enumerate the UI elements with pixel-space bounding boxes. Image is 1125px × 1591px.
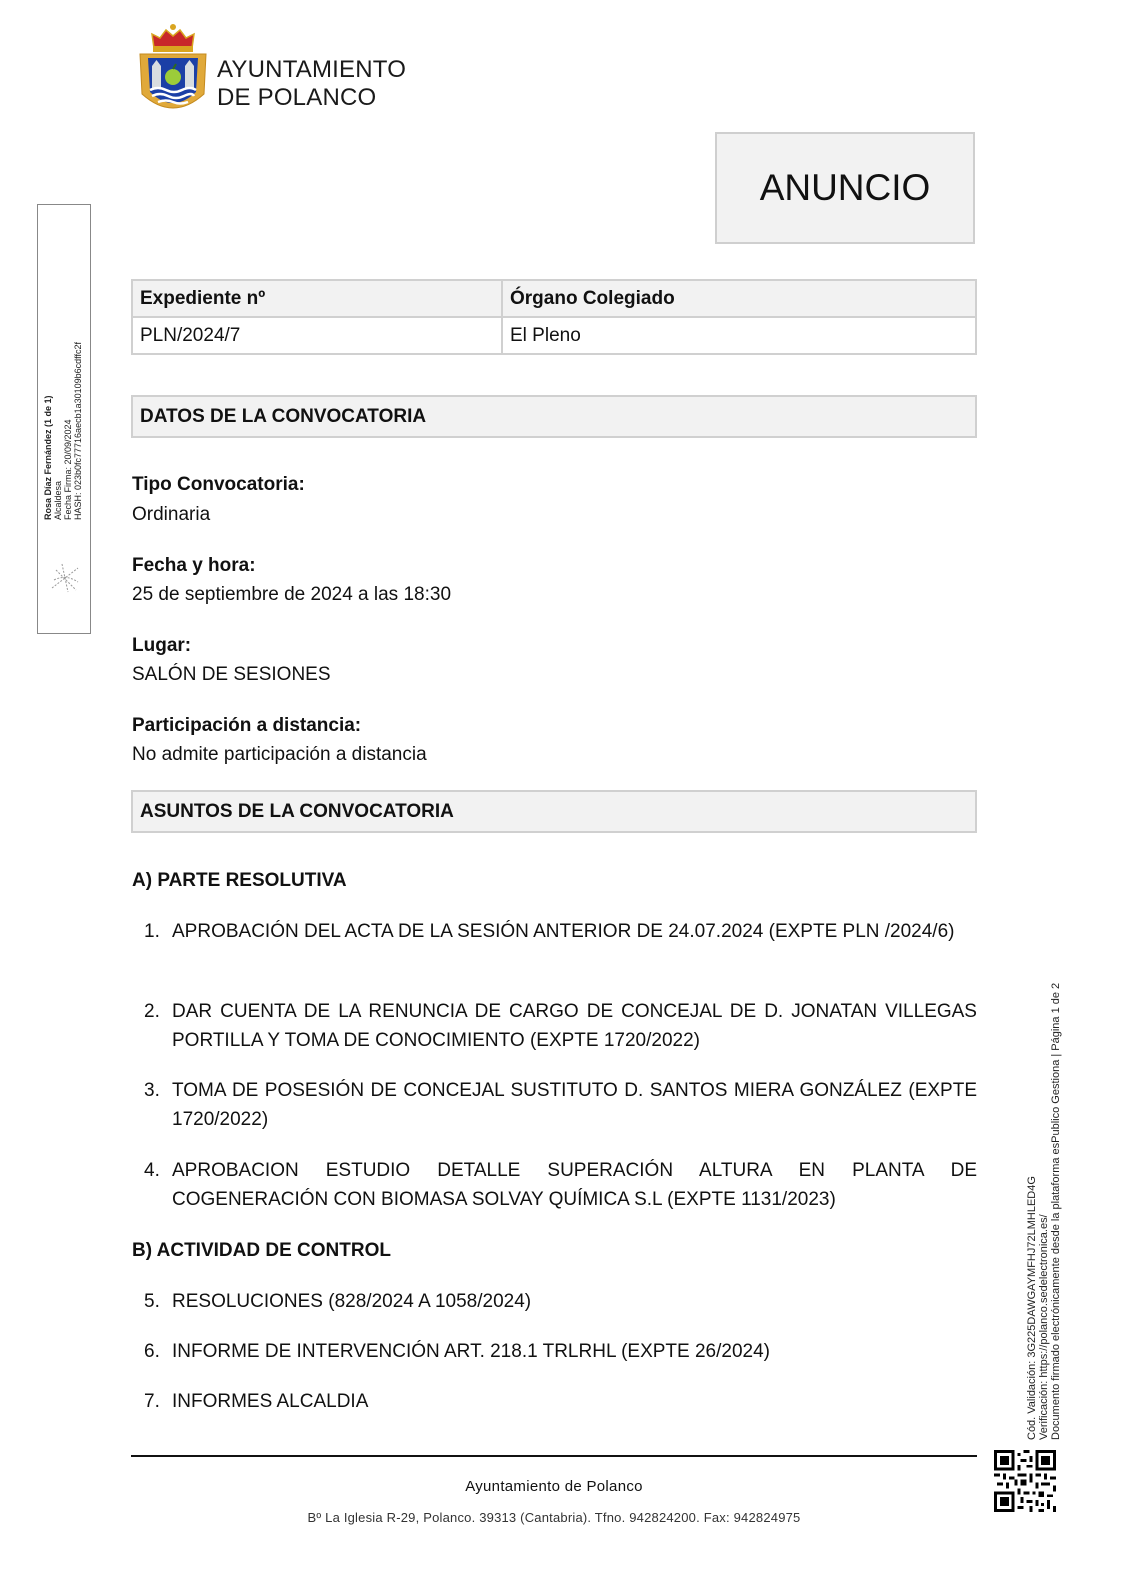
- verification-url[interactable]: Verificación: https://polanco.sedelectro…: [1038, 983, 1050, 1440]
- qr-code-icon[interactable]: [994, 1450, 1056, 1512]
- field-value-tipo: Ordinaria: [132, 504, 210, 526]
- agenda-item-number: 3.: [144, 1076, 172, 1134]
- agenda-item-text: INFORMES ALCALDIA: [172, 1387, 977, 1416]
- agenda-item-text: APROBACION ESTUDIO DETALLE SUPERACIÓN AL…: [172, 1156, 977, 1214]
- validation-code: Cód. Validación: 3G225DAWGAYMFHJ72LMHLED…: [1026, 983, 1038, 1440]
- subsection-actividad-control: B) ACTIVIDAD DE CONTROL: [132, 1240, 391, 1262]
- agenda-item-number: 5.: [144, 1287, 172, 1316]
- document-type-title: ANUNCIO: [760, 167, 931, 209]
- signature-date: Fecha Firma: 20/09/2024: [63, 342, 73, 520]
- org-name-line2: DE POLANCO: [217, 84, 406, 112]
- field-label-lugar: Lugar:: [132, 635, 191, 657]
- document-type-box: ANUNCIO: [715, 132, 975, 244]
- table-row: PLN/2024/7 El Pleno: [132, 317, 976, 354]
- agenda-item: 5. RESOLUCIONES (828/2024 A 1058/2024): [144, 1287, 977, 1316]
- signature-hash: HASH: 023b0fc77716aecb1a30109b6cdffc2f: [73, 342, 83, 520]
- agenda-item: 7. INFORMES ALCALDIA: [144, 1387, 977, 1416]
- document-note: Documento firmado electrónicamente desde…: [1050, 983, 1062, 1440]
- agenda-item-number: 1.: [144, 917, 172, 946]
- subsection-parte-resolutiva: A) PARTE RESOLUTIVA: [132, 870, 347, 892]
- agenda-item: 1. APROBACIÓN DEL ACTA DE LA SESIÓN ANTE…: [144, 917, 977, 946]
- signature-details: Rosa Díaz Fernández (1 de 1) Alcaldesa F…: [43, 342, 83, 520]
- organization-name: AYUNTAMIENTO DE POLANCO: [217, 56, 406, 112]
- agenda-item-number: 7.: [144, 1387, 172, 1416]
- agenda-item-number: 6.: [144, 1337, 172, 1366]
- agenda-item-number: 4.: [144, 1156, 172, 1214]
- expediente-table: Expediente nº Órgano Colegiado PLN/2024/…: [131, 279, 977, 355]
- validation-details: Cód. Validación: 3G225DAWGAYMFHJ72LMHLED…: [1026, 983, 1062, 1440]
- footer-organization: Ayuntamiento de Polanco: [0, 1478, 1108, 1495]
- agenda-item-text: DAR CUENTA DE LA RENUNCIA DE CARGO DE CO…: [172, 997, 977, 1055]
- agenda-item-text: INFORME DE INTERVENCIÓN ART. 218.1 TRLRH…: [172, 1337, 977, 1366]
- field-label-fecha: Fecha y hora:: [132, 555, 256, 577]
- header-expediente: Expediente nº: [132, 280, 502, 317]
- value-expediente: PLN/2024/7: [132, 317, 502, 354]
- agenda-item-number: 2.: [144, 997, 172, 1055]
- table-header-row: Expediente nº Órgano Colegiado: [132, 280, 976, 317]
- agenda-item: 6. INFORME DE INTERVENCIÓN ART. 218.1 TR…: [144, 1337, 977, 1366]
- footer-address: Bº La Iglesia R-29, Polanco. 39313 (Cant…: [0, 1510, 1108, 1525]
- agenda-item: 3. TOMA DE POSESIÓN DE CONCEJAL SUSTITUT…: [144, 1076, 977, 1134]
- org-name-line1: AYUNTAMIENTO: [217, 56, 406, 84]
- agenda-item-text: RESOLUCIONES (828/2024 A 1058/2024): [172, 1287, 977, 1316]
- coat-of-arms-icon: [136, 22, 210, 118]
- section-header-asuntos: ASUNTOS DE LA CONVOCATORIA: [131, 790, 977, 833]
- agenda-item-text: APROBACIÓN DEL ACTA DE LA SESIÓN ANTERIO…: [172, 917, 977, 946]
- field-label-participacion: Participación a distancia:: [132, 715, 361, 737]
- signer-name: Rosa Díaz Fernández (1 de 1): [43, 342, 53, 520]
- signer-role: Alcaldesa: [53, 342, 63, 520]
- field-value-participacion: No admite participación a distancia: [132, 744, 427, 766]
- agenda-item-text: TOMA DE POSESIÓN DE CONCEJAL SUSTITUTO D…: [172, 1076, 977, 1134]
- agenda-item: 2. DAR CUENTA DE LA RENUNCIA DE CARGO DE…: [144, 997, 977, 1055]
- header-organo: Órgano Colegiado: [502, 280, 976, 317]
- section-header-datos: DATOS DE LA CONVOCATORIA: [131, 395, 977, 438]
- field-value-lugar: SALÓN DE SESIONES: [132, 664, 331, 686]
- agenda-item: 4. APROBACION ESTUDIO DETALLE SUPERACIÓN…: [144, 1156, 977, 1214]
- field-value-fecha: 25 de septiembre de 2024 a las 18:30: [132, 584, 451, 606]
- footer-divider: [131, 1455, 977, 1457]
- signature-mark-icon: [48, 560, 84, 596]
- value-organo: El Pleno: [502, 317, 976, 354]
- field-label-tipo: Tipo Convocatoria:: [132, 474, 305, 496]
